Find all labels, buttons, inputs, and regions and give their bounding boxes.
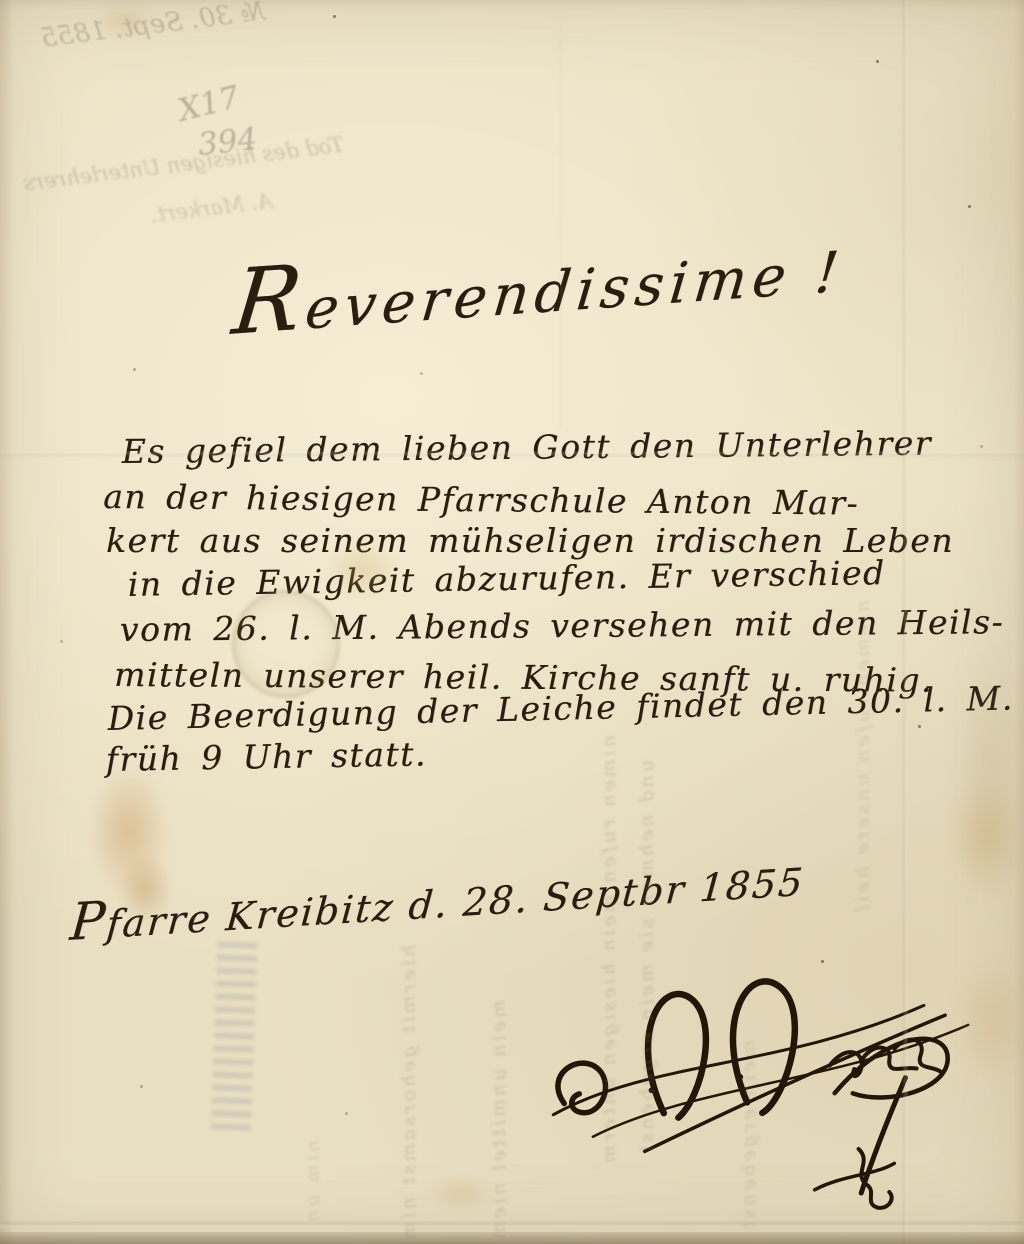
paper-speck: [980, 445, 983, 448]
bleedthrough-column: und nehmen sie mein ergebenst: [636, 760, 658, 1230]
paper-speck: [60, 640, 63, 643]
paper-speck: [968, 205, 971, 208]
dateline: Pfarre Kreibitz d. 28. Septbr 1855: [68, 848, 807, 953]
paper-speck: [345, 1112, 348, 1115]
mirrored-docket-line-1: Tod des hiesigen Unterlehrers: [22, 132, 345, 195]
mirrored-date-note: № 30. Sept. 1855: [39, 0, 266, 54]
paper-speck: [333, 15, 336, 18]
ink-dot: [133, 368, 136, 371]
paper-speck: [821, 960, 824, 963]
paper-speck: [876, 60, 879, 63]
foxing-stain: [948, 780, 1024, 895]
postmark-ring-impression: [232, 590, 340, 698]
body-line-8: früh 9 Uhr statt.: [105, 734, 427, 779]
bleedthrough-column: niemen rufen unsere heil: [852, 600, 874, 960]
bleedthrough-column: mein ergebenst nimm: [738, 1040, 760, 1240]
vertical-fold-faint: [560, 0, 563, 430]
bleedthrough-column: nim un: [302, 1140, 324, 1240]
bleedthrough-stamp: [211, 941, 258, 1132]
bleedthrough-column: nimen rufen mein hiesigen unterm: [598, 735, 620, 1235]
bleedthrough-column: mein unmittel niemen henn: [488, 1000, 510, 1240]
paper-speck: [140, 1085, 143, 1088]
paper-speck: [918, 725, 921, 728]
body-line-2: an der hiesigen Pfarrschule Anton Mar-: [103, 477, 859, 523]
mirrored-docket-line-2: A. Markert.: [149, 189, 274, 228]
paper-speck: [420, 372, 423, 375]
bleedthrough-column: hiermit gehorsamst nimmer: [398, 945, 420, 1240]
letter-scan: № 30. Sept. 1855 X17 394 Tod des hiesige…: [0, 0, 1024, 1244]
body-line-4: in die Ewigkeit abzurufen. Er verschied: [127, 553, 885, 604]
folio-number: X17: [175, 79, 243, 129]
foxing-stain: [430, 1178, 492, 1210]
salutation: Reverendissime !: [228, 208, 851, 356]
body-line-1: Es gefiel dem lieben Gott den Unterlehre…: [122, 424, 933, 471]
foxing-stain: [88, 765, 170, 897]
